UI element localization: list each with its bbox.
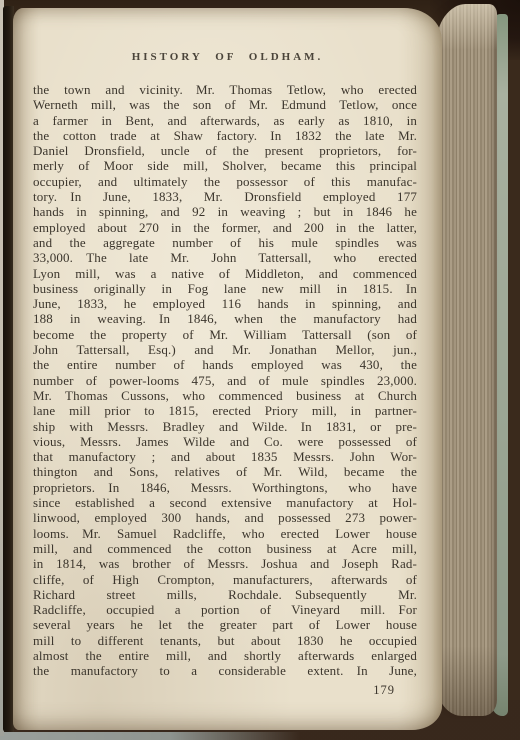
text-line: occupier, and ultimately the possessor o…	[33, 174, 417, 189]
table-surface	[0, 732, 300, 740]
text-line: become the property of Mr. William Tatte…	[33, 327, 417, 342]
running-head: HISTORY OF OLDHAM.	[13, 51, 442, 63]
text-line: since established a second extensive man…	[33, 495, 417, 510]
text-line: and the aggregate number of his mule spi…	[33, 235, 417, 250]
text-line: almost the entire mill, and shortly afte…	[33, 648, 417, 663]
text-line: several years he let the greater part of…	[33, 617, 417, 632]
text-line: the cotton trade at Shaw factory. In 183…	[33, 128, 417, 143]
text-line: 33,000. The late Mr. John Tattersall, wh…	[33, 250, 417, 265]
text-line: looms. Mr. Samuel Radcliffe, who erected…	[33, 526, 417, 541]
body-text: the town and vicinity. Mr. Thomas Tetlow…	[33, 82, 417, 698]
text-line: number of power-looms 475, and of mule s…	[33, 373, 417, 388]
text-line: a farmer in Bent, and afterwards, as ear…	[33, 113, 417, 128]
text-line: Lyon mill, was a native of Middleton, an…	[33, 266, 417, 281]
text-line: tory. In June, 1833, Mr. Dronsfield empl…	[33, 189, 417, 204]
text-line: John Tattersall, Esq.) and Mr. Jonathan …	[33, 342, 417, 357]
text-line: Mr. Thomas Cussons, who commenced busine…	[33, 388, 417, 403]
text-line: Radcliffe, occupied a portion of Vineyar…	[33, 602, 417, 617]
text-line: that manufactory ; and about 1835 Messrs…	[33, 449, 417, 464]
text-line: Daniel Dronsfield, uncle of the present …	[33, 143, 417, 158]
text-line: business originally in Fog lane new mill…	[33, 281, 417, 296]
text-line: lane mill prior to 1815, erected Priory …	[33, 403, 417, 418]
text-line: linwood, employed 300 hands, and possess…	[33, 510, 417, 525]
text-line: 188 in weaving. In 1846, when the manufa…	[33, 311, 417, 326]
text-line: the entire number of hands employed was …	[33, 357, 417, 372]
text-line: the manufactory to a considerable extent…	[33, 663, 417, 678]
text-line: mill, and commenced the cotton business …	[33, 541, 417, 556]
text-line: employed about 270 in the former, and 20…	[33, 220, 417, 235]
book-photo: HISTORY OF OLDHAM. the town and vicinity…	[0, 0, 520, 740]
fore-edge-page-stack	[436, 4, 497, 716]
text-line: ship with Messrs. Bradley and Wilde. In …	[33, 419, 417, 434]
text-line: Richard street mills, Rochdale. Subseque…	[33, 587, 417, 602]
text-line: in 1814, was brother of Messrs. Joshua a…	[33, 556, 417, 571]
text-line: June, 1833, he employed 116 hands in spi…	[33, 296, 417, 311]
text-line: Werneth mill, was the son of Mr. Edmund …	[33, 97, 417, 112]
text-line: mill to different tenants, but about 183…	[33, 633, 417, 648]
page-number: 179	[33, 683, 417, 698]
book-page: HISTORY OF OLDHAM. the town and vicinity…	[13, 8, 442, 730]
text-line: the town and vicinity. Mr. Thomas Tetlow…	[33, 82, 417, 97]
text-line: thington and Sons, relatives of Mr. Wild…	[33, 464, 417, 479]
text-line: proprietors. In 1846, Messrs. Worthingto…	[33, 480, 417, 495]
text-line: hands in spinning, and 92 in weaving ; b…	[33, 204, 417, 219]
text-line: vious, Messrs. James Wilde and Co. were …	[33, 434, 417, 449]
text-line: cliffe, of High Crompton, manufacturers,…	[33, 572, 417, 587]
text-line: merly of Moor side mill, Sholver, became…	[33, 158, 417, 173]
